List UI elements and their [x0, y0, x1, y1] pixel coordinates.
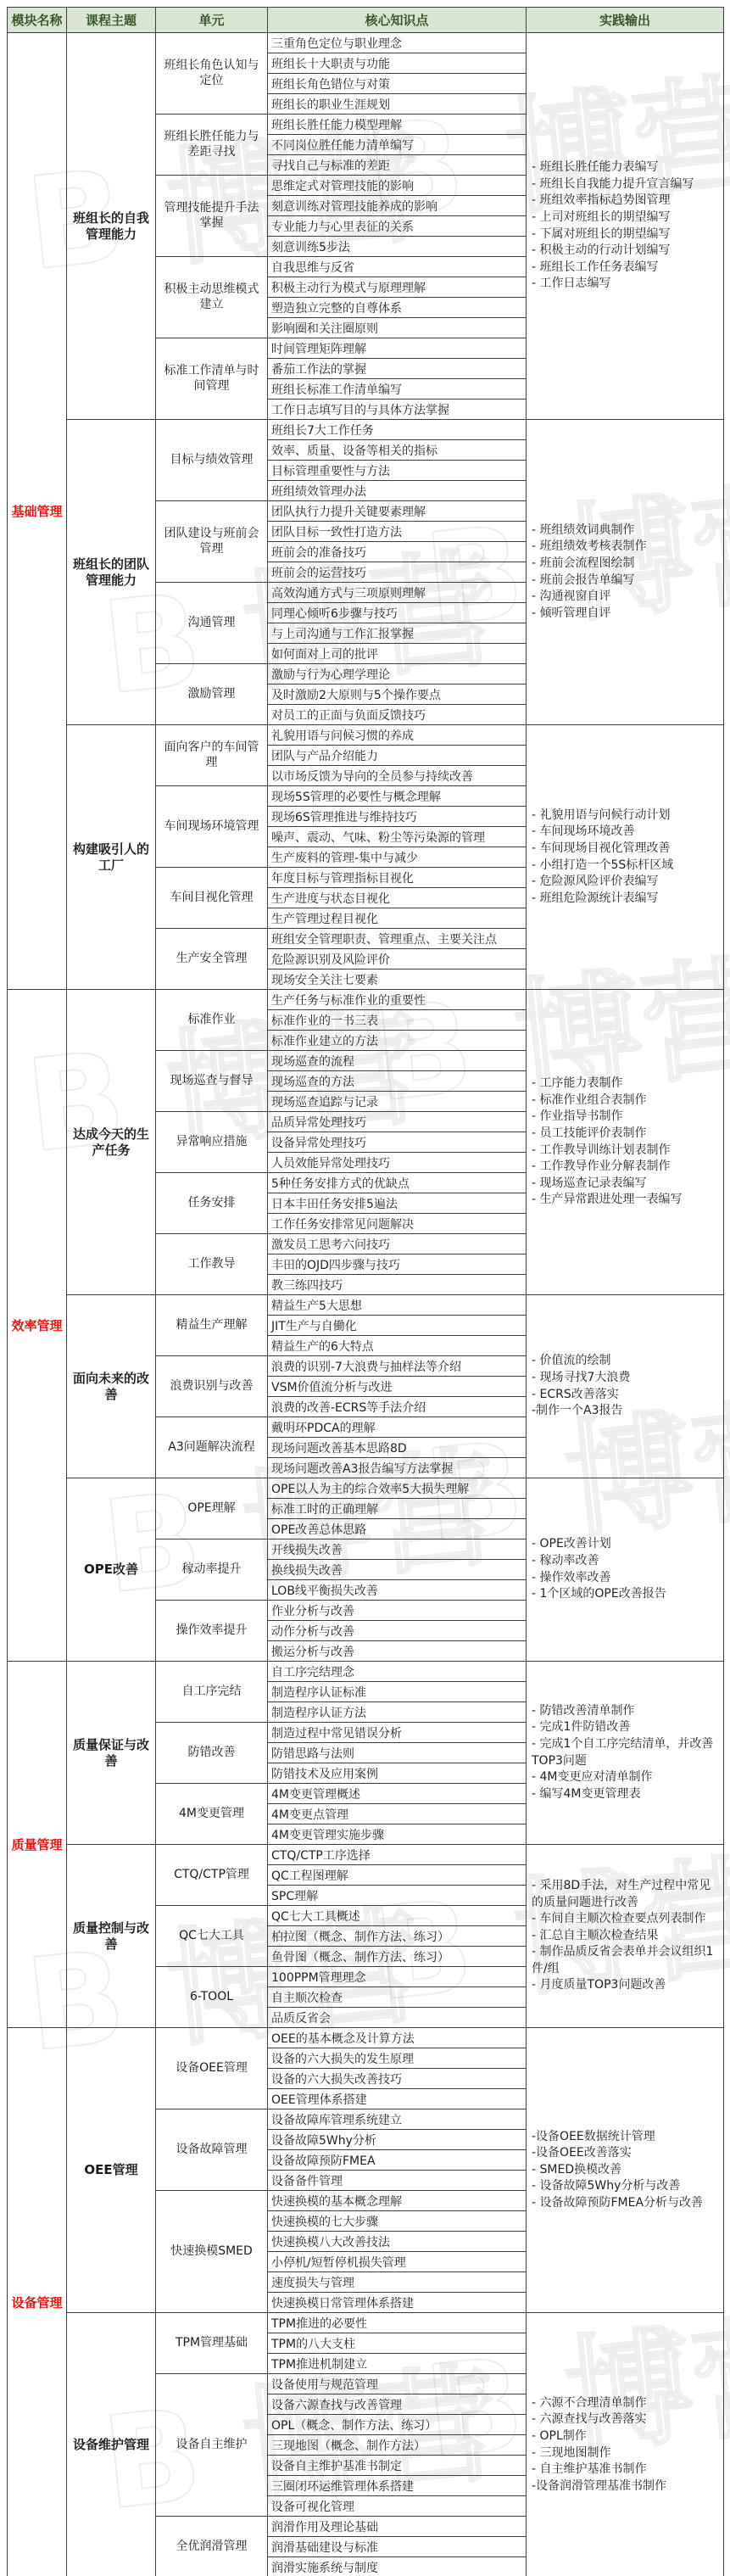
practice-output-item: - 设备故障5Why分析与改善	[532, 2178, 720, 2195]
knowledge-point-cell: 年度目标与管理指标目视化	[268, 868, 527, 888]
knowledge-point-cell: 精益生产5大思想	[268, 1295, 527, 1316]
practice-output-item: - 采用8D手法，对生产过程中常见的质量问题进行改善	[532, 1878, 720, 1911]
practice-output-cell: - 班组长胜任能力表编写- 班组长自我能力提升宣言编写- 班组效率指标趋势图管理…	[527, 33, 724, 420]
practice-output-cell: - 工序能力表制作- 标准作业组合表制作- 作业指导书制作- 员工技能评价表制作…	[527, 990, 724, 1295]
unit-cell: 激励管理	[156, 664, 268, 725]
practice-output-cell: - 防错改善清单制作- 完成1件防错改善- 完成1个自工序完结清单，并改善TOP…	[527, 1662, 724, 1845]
practice-output-item: - 编写4M变更管理表	[532, 1786, 720, 1803]
knowledge-point-cell: 快速换模的七大步骤	[268, 2211, 527, 2232]
knowledge-point-cell: 4M变更点管理	[268, 1804, 527, 1824]
unit-cell: QC七大工具	[156, 1906, 268, 1967]
knowledge-point-cell: 速度损失与管理	[268, 2272, 527, 2293]
practice-output-item: - 1个区域的OPE改善报告	[532, 1586, 720, 1603]
knowledge-point-cell: 三现地图（概念、制作方法）	[268, 2435, 527, 2456]
knowledge-point-cell: TPM的八大支柱	[268, 2333, 527, 2354]
knowledge-point-cell: 5种任务安排方式的优缺点	[268, 1173, 527, 1193]
knowledge-point-cell: 班组长的职业生涯规划	[268, 94, 527, 115]
unit-cell: 积极主动思维模式建立	[156, 257, 268, 338]
knowledge-point-cell: TPM推进机制建立	[268, 2354, 527, 2374]
unit-cell: 稼动率提升	[156, 1539, 268, 1601]
practice-output-item: - 月度质量TOP3问题改善	[532, 1977, 720, 1994]
knowledge-point-cell: 思维定式对管理技能的影响	[268, 176, 527, 196]
practice-output-item: - 稼动率改善	[532, 1553, 720, 1570]
knowledge-point-cell: 及时激励2大原则与5个操作要点	[268, 685, 527, 705]
unit-cell: 沟通管理	[156, 583, 268, 664]
knowledge-point-cell: 刻意训练对管理技能养成的影响	[268, 196, 527, 216]
knowledge-point-cell: 激发员工思考六问技巧	[268, 1234, 527, 1254]
knowledge-point-cell: OPL（概念、制作方法、练习）	[268, 2415, 527, 2435]
knowledge-point-cell: 班组安全管理职责、管理重点、主要关注点	[268, 929, 527, 949]
knowledge-point-cell: 番茄工作法的掌握	[268, 359, 527, 379]
unit-cell: 4M变更管理	[156, 1784, 268, 1845]
knowledge-point-cell: 与上司沟通与工作汇报掌握	[268, 623, 527, 644]
knowledge-point-cell: 团队目标一致性打造方法	[268, 522, 527, 542]
unit-cell: 班组长胜任能力与差距寻找	[156, 115, 268, 176]
knowledge-point-cell: 4M变更管理实施步骤	[268, 1824, 527, 1845]
knowledge-point-cell: 品质反省会	[268, 2008, 527, 2028]
knowledge-point-cell: 浪费的改善-ECRS等手法介绍	[268, 1397, 527, 1417]
practice-output-item: - 车间自主顺次检查要点列表制作	[532, 1911, 720, 1928]
header-course-topic: 课程主题	[67, 8, 156, 33]
knowledge-point-cell: 丰田的OJD四步骤与技巧	[268, 1254, 527, 1275]
knowledge-point-cell: 班组长十大职责与功能	[268, 53, 527, 74]
practice-output-item: -设备OEE数据统计管理	[532, 2129, 720, 2146]
knowledge-point-cell: 高效沟通方式与三项原则理解	[268, 583, 527, 603]
practice-output-cell: -设备OEE数据统计管理-设备OEE改善落实- SMED换模改善- 设备故障5W…	[527, 2028, 724, 2313]
practice-output-item: - 上司对班组长的期望编写	[532, 210, 720, 226]
header-module-name: 模块名称	[8, 8, 67, 33]
practice-output-item: - 班组长工作任务表编写	[532, 260, 720, 277]
knowledge-point-cell: 目标管理重要性与方法	[268, 461, 527, 481]
knowledge-point-cell: 影响圈和关注圈原则	[268, 318, 527, 338]
unit-cell: 管理技能提升手法掌握	[156, 176, 268, 257]
unit-cell: 浪费识别与改善	[156, 1356, 268, 1417]
knowledge-point-cell: 现场安全关注七要素	[268, 969, 527, 990]
unit-cell: 车间现场环境管理	[156, 786, 268, 868]
unit-cell: 班组长角色认知与定位	[156, 33, 268, 115]
knowledge-point-cell: 寻找自己与标准的差距	[268, 155, 527, 176]
knowledge-point-cell: 三重角色定位与职业理念	[268, 33, 527, 53]
practice-output-item: -制作一个A3报告	[532, 1403, 720, 1420]
knowledge-point-cell: 生产任务与标准作业的重要性	[268, 990, 527, 1010]
practice-output-item: - 班组绩效词典制作	[532, 522, 720, 539]
knowledge-point-cell: OPE以人为主的综合效率5大损失理解	[268, 1478, 527, 1499]
knowledge-point-cell: VSM价值流分析与改进	[268, 1377, 527, 1397]
practice-output-item: - 班组长自我能力提升宣言编写	[532, 176, 720, 193]
knowledge-point-cell: 标准工时的正确理解	[268, 1499, 527, 1519]
header-row: 模块名称 课程主题 单元 核心知识点 实践输出	[8, 8, 724, 33]
knowledge-point-cell: 设备的六大损失改善技巧	[268, 2069, 527, 2089]
knowledge-point-cell: 设备使用与规范管理	[268, 2374, 527, 2394]
knowledge-point-cell: 危险源识别及风险评价	[268, 949, 527, 969]
knowledge-point-cell: 4M变更管理概述	[268, 1784, 527, 1804]
knowledge-point-cell: 班组长7大工作任务	[268, 420, 527, 440]
knowledge-point-cell: 生产管理过程目视化	[268, 908, 527, 929]
unit-cell: 快速换模SMED	[156, 2191, 268, 2313]
practice-output-item: - 设备故障预防FMEA分析与改善	[532, 2195, 720, 2212]
practice-output-item: - 完成1个自工序完结清单，并改善TOP3问题	[532, 1736, 720, 1769]
knowledge-point-cell: 柏拉图（概念、制作方法、练习）	[268, 1926, 527, 1947]
course-curriculum-table: 模块名称 课程主题 单元 核心知识点 实践输出 基础管理班组长的自我管理能力班组…	[7, 7, 724, 2576]
practice-output-item: - 班组绩效考核表制作	[532, 539, 720, 556]
practice-output-item: - 倾听管理自评	[532, 606, 720, 623]
practice-output-item: - 自主维护基准书制作	[532, 2461, 720, 2478]
knowledge-point-cell: 精益生产的6大特点	[268, 1336, 527, 1356]
knowledge-point-cell: 班组绩效管理办法	[268, 481, 527, 501]
knowledge-point-cell: OPE改善总体思路	[268, 1519, 527, 1539]
unit-cell: 设备故障管理	[156, 2109, 268, 2191]
knowledge-point-cell: 标准作业的一书三表	[268, 1010, 527, 1031]
knowledge-point-cell: 现场5S管理的必要性与概念理解	[268, 786, 527, 807]
practice-output-item: - 员工技能评价表制作	[532, 1126, 720, 1143]
knowledge-point-cell: 作业分析与改善	[268, 1601, 527, 1621]
practice-output-item: - 生产异常跟进处理一表编写	[532, 1192, 720, 1209]
unit-cell: 6-TOOL	[156, 1967, 268, 2028]
knowledge-point-cell: 专业能力与心里表征的关系	[268, 216, 527, 237]
practice-output-item: - ECRS改善落实	[532, 1387, 720, 1404]
knowledge-point-cell: 班组长胜任能力模型理解	[268, 115, 527, 135]
knowledge-point-cell: 现场巡查的方法	[268, 1071, 527, 1092]
table-row: 基础管理班组长的自我管理能力班组长角色认知与定位三重角色定位与职业理念- 班组长…	[8, 33, 724, 53]
knowledge-point-cell: QC工程图理解	[268, 1865, 527, 1886]
practice-output-item: - 工序能力表制作	[532, 1076, 720, 1092]
practice-output-item: - 小组打造一个5S标杆区域	[532, 858, 720, 874]
practice-output-item: - 班组危险源统计表编写	[532, 891, 720, 908]
knowledge-point-cell: SPC理解	[268, 1886, 527, 1906]
practice-output-item: - 工作教导训练计划表制作	[532, 1143, 720, 1159]
table-row: 设备管理OEE管理设备OEE管理OEE的基本概念及计算方法-设备OEE数据统计管…	[8, 2028, 724, 2048]
knowledge-point-cell: 刻意训练5步法	[268, 237, 527, 257]
unit-cell: 精益生产理解	[156, 1295, 268, 1356]
course-topic-cell: 质量控制与改善	[67, 1845, 156, 2028]
unit-cell: TPM管理基础	[156, 2313, 268, 2374]
knowledge-point-cell: 自我思维与反省	[268, 257, 527, 277]
practice-output-item: - 下属对班组长的期望编写	[532, 226, 720, 243]
practice-output-item: - 现场巡查记录表编写	[532, 1176, 720, 1193]
practice-output-item: -设备OEE改善落实	[532, 2145, 720, 2162]
unit-cell: 车间目视化管理	[156, 868, 268, 929]
practice-output-item: - SMED换模改善	[532, 2162, 720, 2179]
module-name-cell: 效率管理	[8, 990, 67, 1662]
knowledge-point-cell: 现场巡查追踪与记录	[268, 1092, 527, 1112]
module-name-cell: 设备管理	[8, 2028, 67, 2576]
knowledge-point-cell: 动作分析与改善	[268, 1621, 527, 1641]
course-topic-cell: 设备维护管理	[67, 2313, 156, 2576]
practice-output-item: - 作业指导书制作	[532, 1109, 720, 1126]
knowledge-point-cell: 防错技术及应用案例	[268, 1763, 527, 1784]
unit-cell: 自工序完结	[156, 1662, 268, 1723]
knowledge-point-cell: 积极主动行为模式与原理理解	[268, 277, 527, 298]
table-row: OPE改善OPE理解OPE以人为主的综合效率5大损失理解- OPE改善计划- 稼…	[8, 1478, 724, 1499]
practice-output-item: - 工作日志编写	[532, 276, 720, 293]
practice-output-item: - 礼貌用语与问候行动计划	[532, 807, 720, 824]
unit-cell: CTQ/CTP管理	[156, 1845, 268, 1906]
unit-cell: 目标与绩效管理	[156, 420, 268, 501]
table-row: 面向未来的改善精益生产理解精益生产5大思想- 价值流的绘制- 现场寻找7大浪费-…	[8, 1295, 724, 1316]
knowledge-point-cell: 噪声、震动、气味、粉尘等污染源的管理	[268, 827, 527, 847]
knowledge-point-cell: 团队与产品介绍能力	[268, 746, 527, 766]
knowledge-point-cell: 制造过程中常见错误分析	[268, 1723, 527, 1743]
knowledge-point-cell: 润滑实施系统与制度	[268, 2557, 527, 2576]
knowledge-point-cell: 同理心倾听6步骤与技巧	[268, 603, 527, 623]
knowledge-point-cell: 效率、质量、设备等相关的指标	[268, 440, 527, 461]
practice-output-item: -设备润滑管理基准书制作	[532, 2478, 720, 2495]
knowledge-point-cell: JIT生产与自働化	[268, 1316, 527, 1336]
unit-cell: 设备自主维护	[156, 2374, 268, 2517]
course-topic-cell: OPE改善	[67, 1478, 156, 1662]
knowledge-point-cell: 生产废料的管理-集中与减少	[268, 847, 527, 868]
unit-cell: 全优润滑管理	[156, 2517, 268, 2576]
unit-cell: 生产安全管理	[156, 929, 268, 990]
table-row: 效率管理达成今天的生产任务标准作业生产任务与标准作业的重要性- 工序能力表制作-…	[8, 990, 724, 1010]
knowledge-point-cell: 设备故障5Why分析	[268, 2130, 527, 2150]
header-core-knowledge: 核心知识点	[268, 8, 527, 33]
knowledge-point-cell: 设备自主维护基准书制定	[268, 2456, 527, 2476]
knowledge-point-cell: 100PPM管理理念	[268, 1967, 527, 1987]
knowledge-point-cell: 标准作业建立的方法	[268, 1031, 527, 1051]
knowledge-point-cell: 鱼骨图（概念、制作方法、练习）	[268, 1947, 527, 1967]
unit-cell: 团队建设与班前会管理	[156, 501, 268, 583]
unit-cell: 面向客户的车间管理	[156, 725, 268, 786]
practice-output-cell: - 价值流的绘制- 现场寻找7大浪费- ECRS改善落实-制作一个A3报告	[527, 1295, 724, 1478]
practice-output-cell: - 礼貌用语与问候行动计划- 车间现场环境改善- 车间现场目视化管理改善- 小组…	[527, 725, 724, 990]
practice-output-item: - 班组长胜任能力表编写	[532, 159, 720, 176]
knowledge-point-cell: CTQ/CTP工序选择	[268, 1845, 527, 1865]
knowledge-point-cell: 自主顺次检查	[268, 1987, 527, 2008]
course-topic-cell: 质量保证与改善	[67, 1662, 156, 1845]
practice-output-cell: - 六源不合理清单制作- 六源查找与改善落实- OPL制作- 三现地图制作- 自…	[527, 2313, 724, 2576]
course-topic-cell: 面向未来的改善	[67, 1295, 156, 1478]
practice-output-item: - 价值流的绘制	[532, 1353, 720, 1370]
knowledge-point-cell: 现场巡查的流程	[268, 1051, 527, 1071]
knowledge-point-cell: 班前会的准备技巧	[268, 542, 527, 562]
table-row: 设备维护管理TPM管理基础TPM推进的必要性- 六源不合理清单制作- 六源查找与…	[8, 2313, 724, 2333]
practice-output-item: - 现场寻找7大浪费	[532, 1370, 720, 1387]
knowledge-point-cell: 人员效能异常处理技巧	[268, 1153, 527, 1173]
knowledge-point-cell: 品质异常处理技巧	[268, 1112, 527, 1132]
knowledge-point-cell: 换线损失改善	[268, 1560, 527, 1580]
knowledge-point-cell: 设备异常处理技巧	[268, 1132, 527, 1153]
knowledge-point-cell: 塑造独立完整的自尊体系	[268, 298, 527, 318]
knowledge-point-cell: OEE的基本概念及计算方法	[268, 2028, 527, 2048]
knowledge-point-cell: 工作日志填写目的与具体方法掌握	[268, 400, 527, 420]
practice-output-item: - 班前会流程图绘制	[532, 556, 720, 573]
practice-output-item: - 操作效率改善	[532, 1570, 720, 1587]
knowledge-point-cell: 设备备件管理	[268, 2171, 527, 2191]
practice-output-item: - OPL制作	[532, 2428, 720, 2445]
unit-cell: 工作教导	[156, 1234, 268, 1295]
knowledge-point-cell: 开线损失改善	[268, 1539, 527, 1560]
practice-output-item: - 工作教导作业分解表制作	[532, 1159, 720, 1176]
knowledge-point-cell: 制造程序认证方法	[268, 1702, 527, 1723]
unit-cell: 任务安排	[156, 1173, 268, 1234]
knowledge-point-cell: 快速换模日常管理体系搭建	[268, 2293, 527, 2313]
knowledge-point-cell: 对员工的正面与负面反馈技巧	[268, 705, 527, 725]
unit-cell: 现场巡查与督导	[156, 1051, 268, 1112]
knowledge-point-cell: 礼貌用语与问候习惯的养成	[268, 725, 527, 746]
practice-output-item: - 班组效率指标趋势图管理	[532, 193, 720, 210]
table-row: 质量控制与改善CTQ/CTP管理CTQ/CTP工序选择- 采用8D手法，对生产过…	[8, 1845, 724, 1865]
knowledge-point-cell: 设备的六大损失的发生原理	[268, 2048, 527, 2069]
knowledge-point-cell: 小停机/短暂停机损失管理	[268, 2252, 527, 2272]
knowledge-point-cell: 不同岗位胜任能力清单编写	[268, 135, 527, 155]
unit-cell: 防错改善	[156, 1723, 268, 1784]
knowledge-point-cell: 设备六源查找与改善管理	[268, 2394, 527, 2415]
knowledge-point-cell: 润滑基础建设与标准	[268, 2537, 527, 2557]
knowledge-point-cell: 如何面对上司的批评	[268, 644, 527, 664]
practice-output-item: - 积极主动的行动计划编写	[532, 243, 720, 260]
knowledge-point-cell: 制造程序认证标准	[268, 1682, 527, 1702]
knowledge-point-cell: 班前会的运营技巧	[268, 562, 527, 583]
knowledge-point-cell: 工作任务安排常见问题解决	[268, 1214, 527, 1234]
practice-output-cell: - 班组绩效词典制作- 班组绩效考核表制作- 班前会流程图绘制- 班前会报告单编…	[527, 420, 724, 725]
knowledge-point-cell: 生产进度与状态目视化	[268, 888, 527, 908]
practice-output-item: - 汇总自主顺次检查结果	[532, 1928, 720, 1945]
practice-output-cell: - 采用8D手法，对生产过程中常见的质量问题进行改善- 车间自主顺次检查要点列表…	[527, 1845, 724, 2028]
knowledge-point-cell: QC七大工具概述	[268, 1906, 527, 1926]
unit-cell: 标准工作清单与时间管理	[156, 338, 268, 420]
knowledge-point-cell: 现场6S管理推进与维持技巧	[268, 807, 527, 827]
knowledge-point-cell: 以市场反馈为导向的全员参与持续改善	[268, 766, 527, 786]
practice-output-item: - OPE改善计划	[532, 1536, 720, 1553]
knowledge-point-cell: 设备故障库管理系统建立	[268, 2109, 527, 2130]
course-topic-cell: 班组长的自我管理能力	[67, 33, 156, 420]
practice-output-item: - 完成1件防错改善	[532, 1719, 720, 1736]
practice-output-item: - 危险源风险评价表编写	[532, 874, 720, 891]
unit-cell: OPE理解	[156, 1478, 268, 1539]
practice-output-item: - 沟通视窗自评	[532, 589, 720, 606]
knowledge-point-cell: 现场问题改善A3报告编写方法掌握	[268, 1458, 527, 1478]
table-row: 构建吸引人的工厂面向客户的车间管理礼貌用语与问候习惯的养成- 礼貌用语与问候行动…	[8, 725, 724, 746]
knowledge-point-cell: TPM推进的必要性	[268, 2313, 527, 2333]
knowledge-point-cell: 搬运分析与改善	[268, 1641, 527, 1662]
practice-output-item: - 防错改善清单制作	[532, 1703, 720, 1720]
course-topic-cell: 班组长的团队管理能力	[67, 420, 156, 725]
practice-output-item: - 标准作业组合表制作	[532, 1092, 720, 1109]
knowledge-point-cell: 设备可视化管理	[268, 2496, 527, 2517]
knowledge-point-cell: 浪费的识别-7大浪费与抽样法等介绍	[268, 1356, 527, 1377]
knowledge-point-cell: 戴明环PDCA的理解	[268, 1417, 527, 1438]
knowledge-point-cell: 润滑作用及理论基础	[268, 2517, 527, 2537]
knowledge-point-cell: LOB线平衡损失改善	[268, 1580, 527, 1601]
practice-output-item: - 4M变更应对清单制作	[532, 1769, 720, 1786]
header-unit: 单元	[156, 8, 268, 33]
knowledge-point-cell: 班组长角色错位与对策	[268, 74, 527, 94]
practice-output-item: - 车间现场目视化管理改善	[532, 841, 720, 858]
knowledge-point-cell: 设备故障预防FMEA	[268, 2150, 527, 2171]
knowledge-point-cell: 激励与行为心理学理论	[268, 664, 527, 685]
knowledge-point-cell: 班组长标准工作清单编写	[268, 379, 527, 400]
knowledge-point-cell: 日本丰田任务安排5遍法	[268, 1193, 527, 1214]
practice-output-item: - 三现地图制作	[532, 2445, 720, 2462]
practice-output-item: - 六源查找与改善落实	[532, 2411, 720, 2428]
unit-cell: 操作效率提升	[156, 1601, 268, 1662]
course-topic-cell: 构建吸引人的工厂	[67, 725, 156, 990]
header-practice-output: 实践输出	[527, 8, 724, 33]
knowledge-point-cell: 三圈闭环运维管理体系搭建	[268, 2476, 527, 2496]
practice-output-item: - 车间现场环境改善	[532, 824, 720, 841]
table-row: 质量管理质量保证与改善自工序完结自工序完结理念- 防错改善清单制作- 完成1件防…	[8, 1662, 724, 1682]
knowledge-point-cell: 防错思路与法则	[268, 1743, 527, 1763]
module-name-cell: 质量管理	[8, 1662, 67, 2028]
module-name-cell: 基础管理	[8, 33, 67, 990]
knowledge-point-cell: 现场问题改善基本思路8D	[268, 1438, 527, 1458]
practice-output-item: - 制作品质反省会表单并会议组织1件/组	[532, 1944, 720, 1977]
unit-cell: 标准作业	[156, 990, 268, 1051]
practice-output-item: - 六源不合理清单制作	[532, 2395, 720, 2412]
knowledge-point-cell: OEE管理体系搭建	[268, 2089, 527, 2109]
knowledge-point-cell: 快速换模的基本概念理解	[268, 2191, 527, 2211]
table-row: 班组长的团队管理能力目标与绩效管理班组长7大工作任务- 班组绩效词典制作- 班组…	[8, 420, 724, 440]
knowledge-point-cell: 教三练四技巧	[268, 1275, 527, 1295]
practice-output-cell: - OPE改善计划- 稼动率改善- 操作效率改善- 1个区域的OPE改善报告	[527, 1478, 724, 1662]
knowledge-point-cell: 快速换模八大改善技法	[268, 2232, 527, 2252]
practice-output-item: - 班前会报告单编写	[532, 573, 720, 590]
course-topic-cell: 达成今天的生产任务	[67, 990, 156, 1295]
unit-cell: 异常响应措施	[156, 1112, 268, 1173]
knowledge-point-cell: 团队执行力提升关键要素理解	[268, 501, 527, 522]
course-topic-cell: OEE管理	[67, 2028, 156, 2313]
unit-cell: 设备OEE管理	[156, 2028, 268, 2109]
unit-cell: A3问题解决流程	[156, 1417, 268, 1478]
knowledge-point-cell: 时间管理矩阵理解	[268, 338, 527, 359]
knowledge-point-cell: 自工序完结理念	[268, 1662, 527, 1682]
